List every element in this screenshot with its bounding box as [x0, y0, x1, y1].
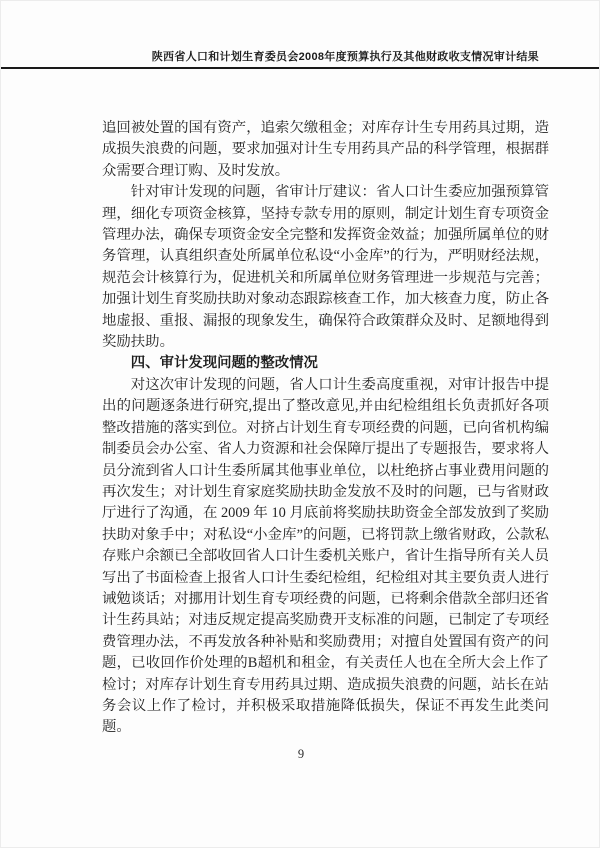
section-heading-rectification: 四、审计发现问题的整改情况 [102, 353, 549, 374]
paragraph-continuation: 追回被处置的国有资产，追索欠缴租金；对库存计生专用药具过期，造成损失浪费的问题，… [102, 118, 549, 182]
page-number: 9 [1, 747, 600, 762]
document-page: 陕西省人口和计划生育委员会2008年度预算执行及其他财政收支情况审计结果 追回被… [0, 0, 600, 848]
document-body: 追回被处置的国有资产，追索欠缴租金；对库存计生专用药具过期，造成损失浪费的问题，… [102, 118, 549, 739]
header-rule [1, 67, 600, 69]
running-header-title: 陕西省人口和计划生育委员会2008年度预算执行及其他财政收支情况审计结果 [1, 48, 539, 64]
paragraph-rectification-details: 对这次审计发现的问题，省人口计生委高度重视，对审计报告中提出的问题逐条进行研究,… [102, 375, 549, 739]
paragraph-audit-suggestions: 针对审计发现的问题，省审计厅建议：省人口计生委应加强预算管理，细化专项资金核算，… [102, 182, 549, 353]
